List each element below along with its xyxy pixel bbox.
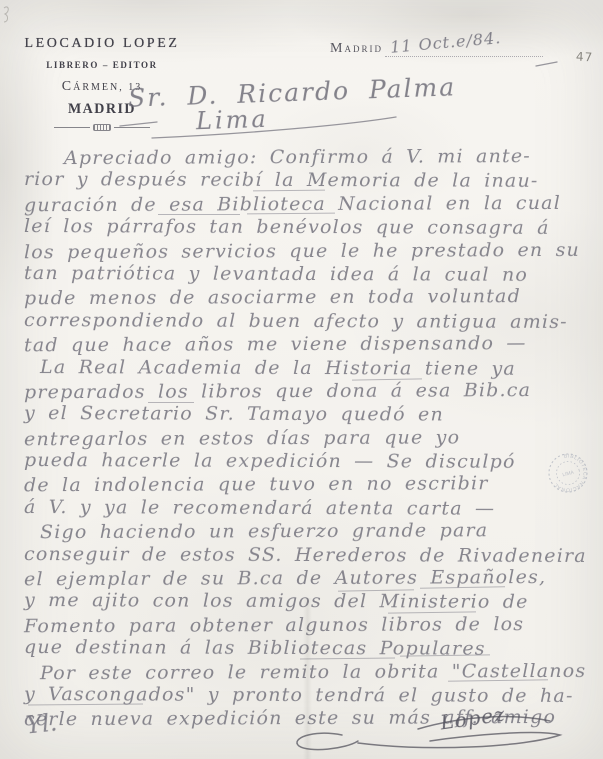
handwriting-line: pueda hacerle la expedición — Se disculp… [24, 449, 599, 474]
stamp-center-text: LIMA [562, 469, 575, 478]
handwriting-line: entregarlos en estos días para que yo [24, 425, 599, 451]
ornament-center-icon [93, 124, 111, 131]
handwriting-line: conseguir de estos SS. Herederos de Riva… [24, 543, 599, 568]
handwriting-line: correspondiendo al buen afecto y antigua… [24, 309, 599, 334]
lima-underline-flourish [152, 117, 396, 138]
edge-pencil-mark [4, 7, 8, 22]
ornament-line-right [114, 127, 150, 128]
closing-initials: Yl. [25, 708, 59, 739]
handwriting-line: La Real Academia de la Historia tiene ya [24, 356, 599, 381]
handwriting-line: Apreciado amigo: Confirmo á V. mi ante- [24, 145, 599, 171]
paper-fold-crease [303, 598, 312, 759]
letterhead-profession: LIBRERO – EDITOR [18, 60, 186, 70]
date-tail-dash [536, 62, 557, 66]
handwriting-line: de la indolencia que tuvo en no escribir [24, 472, 599, 498]
handwriting-line: tan patriótica y levantada idea á la cua… [24, 262, 599, 287]
handwriting-line: leí los párrafos tan benévolos que consa… [24, 215, 599, 240]
ornament-line-left [54, 127, 90, 128]
recipient-city: Lima [196, 105, 270, 136]
handwriting-line: Sigo haciendo un esfuerzo grande para [24, 519, 599, 545]
handwriting-line: pude menos de asociarme en toda voluntad [24, 285, 599, 311]
handwriting-line: preparados los libros que dona á esa Bib… [24, 379, 599, 405]
ink-underline [158, 214, 240, 215]
handwriting-line: los pequeños servicios que le he prestad… [24, 238, 599, 264]
ink-underline [148, 402, 194, 403]
letterhead-name: LEOCADIO LOPEZ [18, 36, 186, 52]
handwriting-line: tad que hace años me viene dispensando — [24, 332, 599, 358]
letterhead-ornament-rule [54, 124, 150, 131]
handwriting-line: y el Secretario Sr. Tamayo quedó en [24, 402, 599, 427]
handwriting-line: á V. y ya le recomendará atenta carta — [24, 496, 599, 521]
scanned-letter-page: LEOCADIO LOPEZ LIBRERO – EDITOR CÁRMEN, … [0, 0, 603, 759]
handwriting-line: el ejemplar de su B.ca de Autores Españo… [24, 566, 599, 592]
dateline-printed-city: MADRID [330, 41, 383, 57]
page-number-annotation: 47 [576, 50, 594, 65]
